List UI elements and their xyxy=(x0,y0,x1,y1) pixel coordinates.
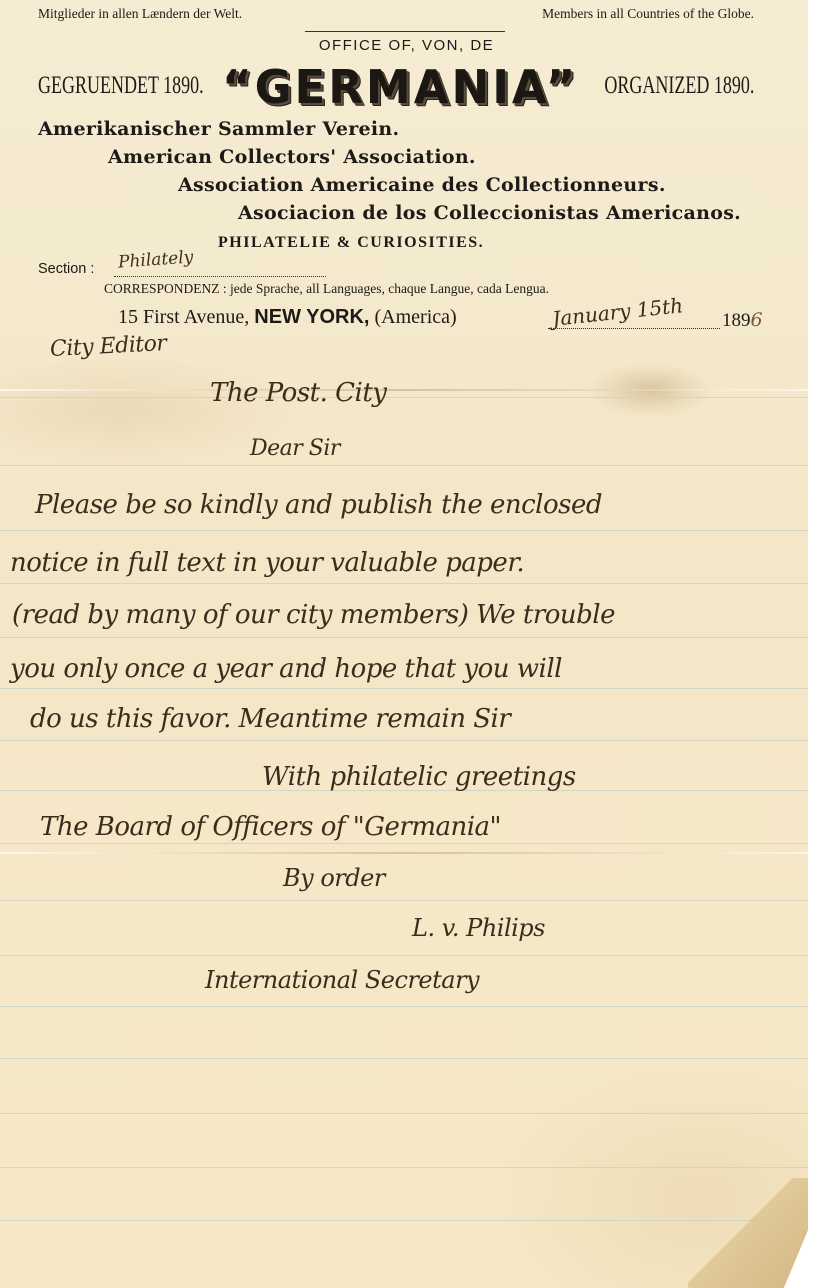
year-printed: 189 xyxy=(722,310,751,331)
body-line: Please be so kindly and publish the encl… xyxy=(35,490,602,520)
body-line: do us this favor. Meantime remain Sir xyxy=(30,704,510,734)
addressee: The Post. City xyxy=(210,378,387,408)
ruled-line xyxy=(0,583,808,584)
closing: With philatelic greetings xyxy=(262,762,576,792)
letterhead-members-english: Members in all Countries of the Globe. xyxy=(542,6,754,22)
correspondence-languages: CORRESPONDENZ : jede Sprache, all Langua… xyxy=(104,281,549,297)
address-street: 15 First Avenue, xyxy=(118,306,249,328)
recipient-note: City Editor xyxy=(49,331,167,362)
ruled-line xyxy=(0,955,808,956)
by-order: By order xyxy=(283,864,385,892)
date-year: 1896 xyxy=(722,309,763,332)
letterhead-address: 15 First Avenue, NEW YORK, (America) xyxy=(118,306,457,329)
letterhead-office-of: OFFICE OF, VON, DE xyxy=(0,37,808,54)
letterhead-members-german: Mitglieder in allen Lændern der Welt. xyxy=(38,6,242,22)
address-country: (America) xyxy=(375,306,457,328)
ruled-line xyxy=(0,397,808,398)
salutation: Dear Sir xyxy=(250,436,340,461)
paper-fold xyxy=(0,852,808,854)
ruled-line xyxy=(0,1058,808,1059)
year-handwritten: 6 xyxy=(751,309,763,331)
ruled-line xyxy=(0,843,808,844)
letterhead-name-french: Association Americaine des Collectionneu… xyxy=(178,174,666,196)
ruled-line xyxy=(0,740,808,741)
letterhead-divider xyxy=(305,31,505,32)
signature: L. v. Philips xyxy=(412,914,545,942)
letterhead-name-spanish: Asociacion de los Colleccionistas Americ… xyxy=(238,202,741,224)
ruled-line xyxy=(0,688,808,689)
letterhead-founded-german: GEGRUENDET 1890. xyxy=(38,72,204,100)
section-label: Section : xyxy=(38,261,94,277)
ruled-line xyxy=(0,530,808,531)
ruled-line xyxy=(0,637,808,638)
paper-fold xyxy=(0,389,808,391)
body-line: notice in full text in your valuable pap… xyxy=(10,548,524,578)
worn-corner xyxy=(688,1178,808,1288)
ruled-line xyxy=(0,465,808,466)
letterhead-specialty: PHILATELIE & CURIOSITIES. xyxy=(218,234,484,252)
address-city: NEW YORK, xyxy=(254,306,369,328)
sender-group: The Board of Officers of "Germania" xyxy=(40,812,501,842)
section-field-line xyxy=(114,276,326,277)
signer-title: International Secretary xyxy=(205,966,479,994)
letterhead-founded-english: ORGANIZED 1890. xyxy=(604,72,754,100)
ruled-line xyxy=(0,1220,808,1221)
ruled-line xyxy=(0,1167,808,1168)
letterhead-organization-name: “GERMANIA” xyxy=(222,60,578,114)
date-handwritten: January 15th xyxy=(551,293,684,331)
ruled-line xyxy=(0,1006,808,1007)
body-line: you only once a year and hope that you w… xyxy=(10,654,562,684)
section-value-handwritten: Philately xyxy=(117,247,194,272)
letter-paper: Mitglieder in allen Lændern der Welt. Me… xyxy=(0,0,808,1288)
ruled-line xyxy=(0,1113,808,1114)
letterhead-name-german: Amerikanischer Sammler Verein. xyxy=(38,118,399,140)
body-line: (read by many of our city members) We tr… xyxy=(12,600,615,630)
ruled-line xyxy=(0,900,808,901)
letterhead-name-english: American Collectors' Association. xyxy=(108,146,476,168)
